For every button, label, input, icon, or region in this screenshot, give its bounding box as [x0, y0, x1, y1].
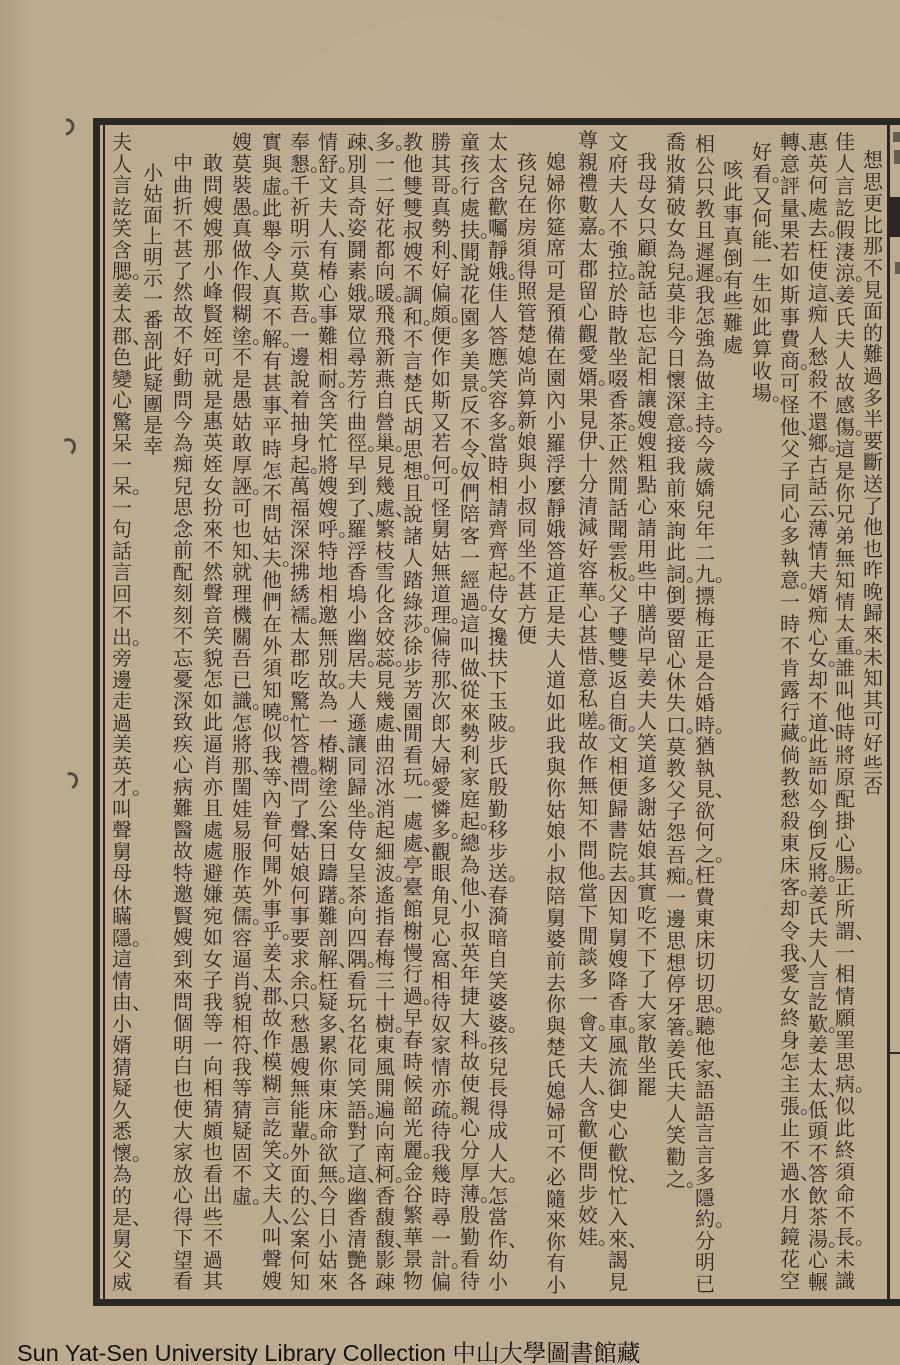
text-column: 夫人言訖笑含腮。姜太郡、色變心驚呆一呆。一句話言回不出。旁邊走過美英才。叫聲舅母… [112, 132, 134, 1293]
text-column: 小姑面上明示一番剖此疑團是幸 [143, 163, 165, 457]
page-border-top [93, 118, 900, 125]
text-column: 咳此事真倒有些難處 [723, 160, 745, 357]
margin-ink-mark [59, 437, 78, 458]
text-column: 尊親禮數嘉。太郡留心觀愛婿。果見伊、十分清減好容華。心甚惜、意私嗟。故作無知不問… [578, 130, 600, 1248]
collection-caption-en: Sun Yat-Sen University Library Collectio… [17, 1340, 446, 1365]
text-column: 嫂莫裝愚。真做作、假糊塗。不是愚姑敢厚誣。可也知、就理機關吾已識。怎將那、閨娃易… [232, 132, 254, 1207]
text-column: 我母女只顧說話也忘記相讓嫂嫂粗點心請用些中膳尚早姜夫人笑道多謝姑娘其實吃不下了大… [637, 152, 659, 1098]
text-column: 喬妝猜破女為兒。莫非今日懷深意。接我前來詢此詞。倒要留心休失口。莫教父子怨吾痴。… [666, 132, 688, 1190]
text-column: 太太含歡囑靜娥。佳人答應笑容多。當時相請齊齊起。侍女攙扶下玉陂。步氏殷勤移步送。… [488, 132, 510, 1293]
fold-strip-glyph-fragment [894, 150, 900, 164]
page-border-left-inner [103, 125, 105, 1299]
text-column: 敢問嫂嫂那小峰賢姪可就是惠英姪女扮來不然聲音笑貌怎如此逼肖亦且處處避嫌宛如女子我… [203, 153, 225, 1293]
margin-ink-mark [59, 770, 80, 792]
text-column: 惠英何處去。枉使這、痴人愁殺不還鄉。古話云、薄情夫婿痴心女。却不道、此語如今倒反… [808, 132, 830, 1293]
fold-strip-glyph-fragment [893, 132, 900, 142]
text-column: 好看。又何能、一生如此算收場。 [752, 142, 774, 405]
margin-ink-mark [54, 115, 78, 139]
collection-caption: Sun Yat-Sen University Library Collectio… [17, 1334, 640, 1365]
text-column: 轉、意評量、果若如斯事費商。可怪他、父子同心多執意。一時不肯露行藏。倘教愁殺東床… [780, 132, 802, 1293]
fold-strip-fishtail-block [890, 197, 900, 237]
text-column: 想思更比那不見面的難過多半要斷送了他也昨晚歸來未知其可好些否 [863, 150, 885, 798]
fold-strip-rule [889, 1052, 900, 1054]
text-column: 疎、別具奇姿鬪素娥。眾位尋芳行曲徑。早到了、羅浮香塢小幽居。夫人遜讓同歸坐。侍女… [347, 132, 369, 1293]
page-border-bottom [93, 1299, 900, 1306]
fold-strip-glyph-fragment [895, 262, 900, 274]
page-border-right [887, 125, 890, 1299]
text-column: 中曲折不甚了然故不好動問今為痴兒思念前配刻刻不忘憂深致疾心病難醫故特邀賢嫂到來問… [173, 153, 195, 1293]
collection-caption-zh: 中山大學圖書館藏 [452, 1339, 640, 1365]
text-column: 媳婦你筵席可是預備在園內小羅浮麼靜娥答道正是夫人道如此我與你姑娘小叔陪舅婆前去你… [546, 152, 568, 1296]
page-border-left [93, 118, 100, 1306]
